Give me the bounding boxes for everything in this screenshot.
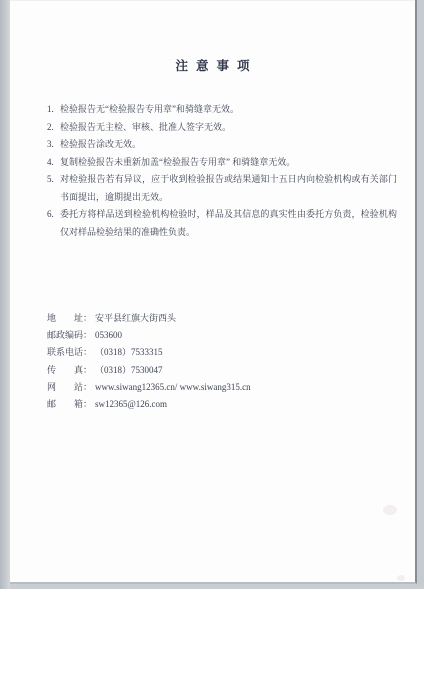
notice-text: 委托方将样品送到检验机构检验时，样品及其信息的真实性由委托方负责，检验机构仅对样… [60, 206, 397, 241]
contact-label: 网 站： [47, 379, 92, 396]
notice-number: 1. [47, 101, 60, 119]
contact-label: 邮政编码： [47, 327, 92, 344]
notice-number: 2. [47, 119, 60, 137]
notice-item: 2. 检验报告无主检、审核、批准人签字无效。 [47, 119, 397, 137]
contact-row-address: 地 址：安平县红旗大街西头 [47, 310, 415, 327]
notice-text: 检验报告涂改无效。 [60, 136, 397, 154]
scan-left-edge [0, 0, 10, 589]
contact-label: 邮 箱： [47, 396, 92, 413]
contact-label: 地 址： [47, 310, 92, 327]
notice-item: 6. 委托方将样品送到检验机构检验时，样品及其信息的真实性由委托方负责，检验机构… [47, 206, 397, 241]
contact-value: 安平县红旗大街西头 [95, 313, 176, 323]
scan-artifact [397, 575, 405, 581]
contact-value: （0318）7530047 [95, 365, 163, 375]
notice-item: 5. 对检验报告若有异议，应于收到检验报告或结果通知十五日内向检验机构或有关部门… [47, 171, 397, 206]
notice-item: 4. 复制检验报告未重新加盖“检验报告专用章” 和骑缝章无效。 [47, 154, 397, 172]
contact-row-fax: 传 真：（0318）7530047 [47, 362, 415, 379]
contact-value: www.siwang12365.cn/ www.siwang315.cn [95, 382, 251, 392]
page-canvas: 注意事项 1. 检验报告无“检验报告专用章”和骑缝章无效。 2. 检验报告无主检… [0, 0, 424, 700]
document-page: 注意事项 1. 检验报告无“检验报告专用章”和骑缝章无效。 2. 检验报告无主检… [10, 0, 417, 584]
notice-text: 检验报告无主检、审核、批准人签字无效。 [60, 119, 397, 137]
notice-item: 1. 检验报告无“检验报告专用章”和骑缝章无效。 [47, 101, 397, 119]
notice-number: 3. [47, 136, 60, 154]
notice-text: 对检验报告若有异议，应于收到检验报告或结果通知十五日内向检验机构或有关部门书面提… [60, 171, 397, 206]
contact-value: 053600 [95, 330, 122, 340]
contact-row-phone: 联系电话：（0318）7533315 [47, 344, 415, 361]
contact-label: 联系电话： [47, 344, 92, 361]
contact-value: （0318）7533315 [95, 347, 163, 357]
notice-text: 检验报告无“检验报告专用章”和骑缝章无效。 [60, 101, 397, 119]
document-title: 注意事项 [10, 56, 415, 74]
contact-row-website: 网 站：www.siwang12365.cn/ www.siwang315.cn [47, 379, 415, 396]
scan-artifact [383, 505, 397, 515]
contact-label: 传 真： [47, 362, 92, 379]
contact-value: sw12365@126.com [95, 399, 167, 409]
notice-text: 复制检验报告未重新加盖“检验报告专用章” 和骑缝章无效。 [60, 154, 397, 172]
notice-item: 3. 检验报告涂改无效。 [47, 136, 397, 154]
scan-right-edge [417, 0, 424, 586]
notice-number: 6. [47, 206, 60, 241]
notice-number: 4. [47, 154, 60, 172]
contact-row-postcode: 邮政编码：053600 [47, 327, 415, 344]
contact-row-email: 邮 箱：sw12365@126.com [47, 396, 415, 413]
scanned-document: 注意事项 1. 检验报告无“检验报告专用章”和骑缝章无效。 2. 检验报告无主检… [0, 0, 424, 589]
contact-block: 地 址：安平县红旗大街西头 邮政编码：053600 联系电话：（0318）753… [47, 310, 415, 413]
notice-number: 5. [47, 171, 60, 206]
notice-list: 1. 检验报告无“检验报告专用章”和骑缝章无效。 2. 检验报告无主检、审核、批… [47, 101, 397, 241]
